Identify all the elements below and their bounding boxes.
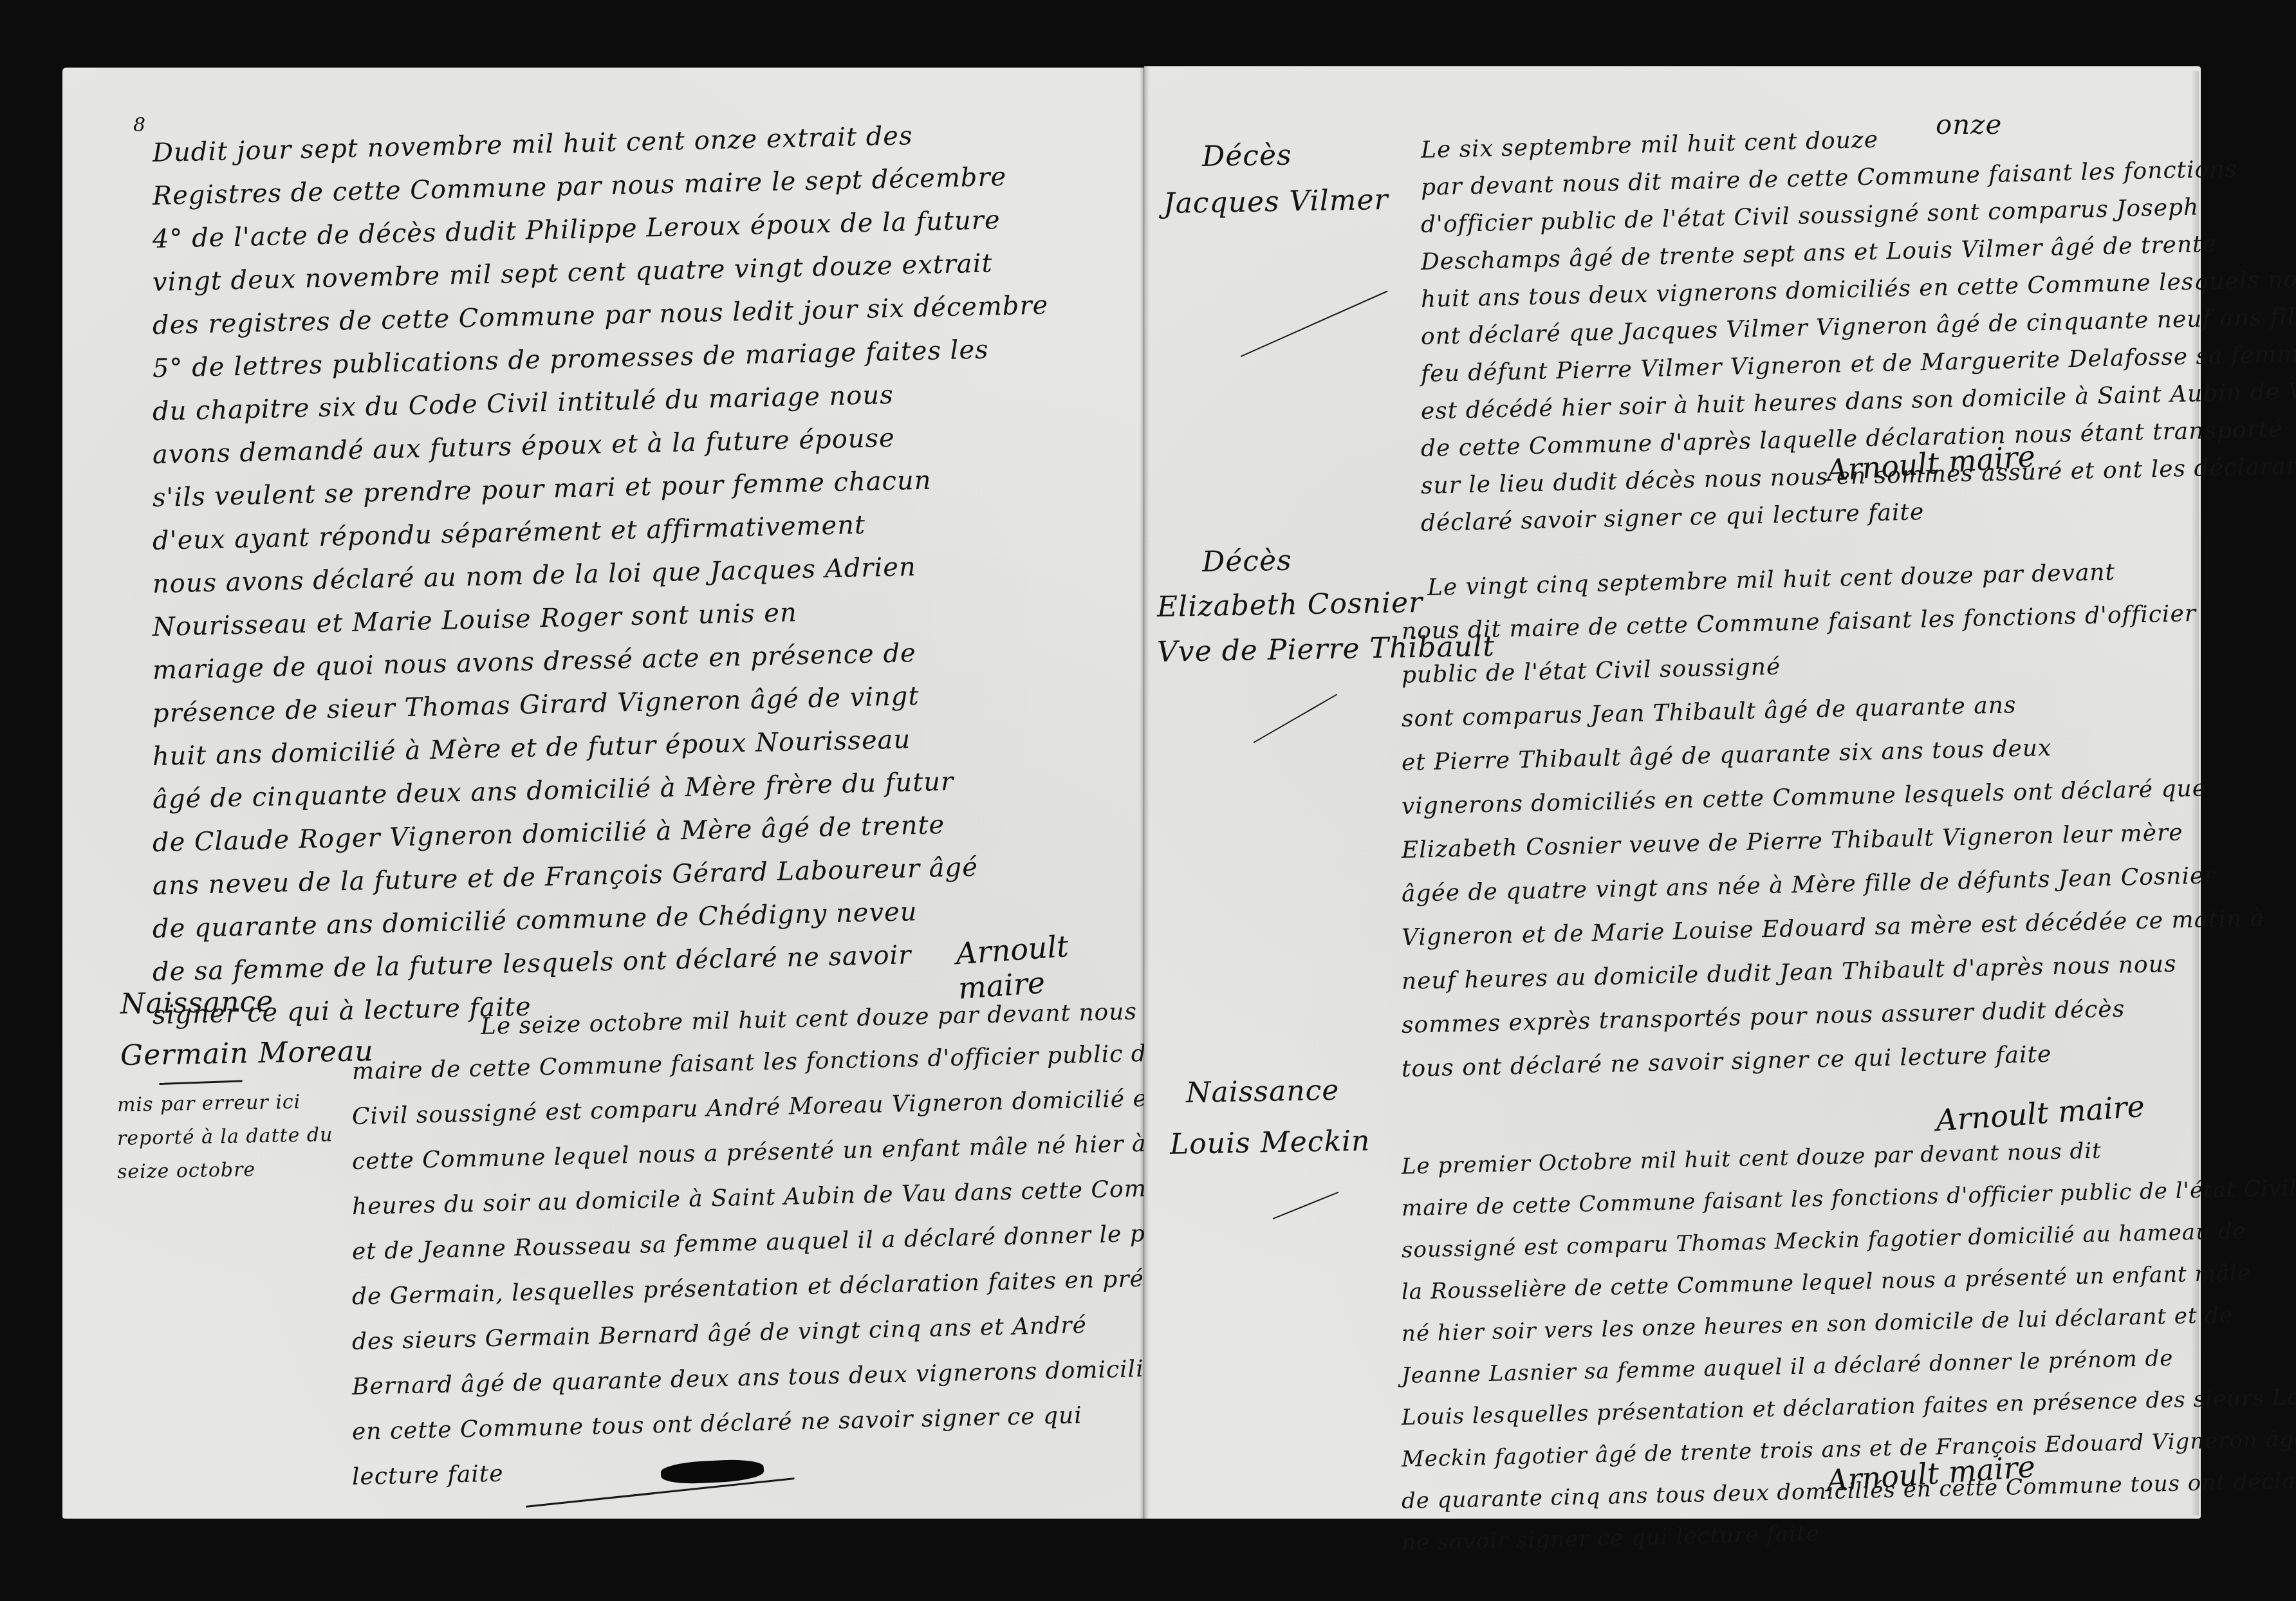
margin-note-title: Naissance [120, 985, 274, 1021]
handwritten-line: Bernard âgé de quarante deux ans tous de… [352, 1355, 1171, 1400]
ink-blot [660, 1458, 764, 1485]
handwritten-line: de quarante ans domicilié commune de Ché… [152, 897, 917, 944]
margin-note-name: Louis Meckin [1170, 1125, 1371, 1161]
handwritten-line: vingt deux novembre mil sept cent quatre… [152, 248, 993, 297]
handwritten-line: seize octobre [117, 1158, 256, 1183]
handwritten-line: âgé de cinquante deux ans domicilié à Mè… [152, 767, 954, 815]
margin-note-title: Naissance [1186, 1074, 1340, 1109]
handwritten-line: la Rousselière de cette Commune lequel n… [1402, 1260, 2252, 1305]
margin-stroke [1273, 1192, 1339, 1219]
handwritten-line: Le vingt cinq septembre mil huit cent do… [1427, 559, 2116, 601]
handwritten-line: cette Commune lequel nous a présenté un … [352, 1129, 1207, 1175]
underline-stroke [159, 1080, 243, 1085]
handwritten-line: Nourisseau et Marie Louise Roger sont un… [152, 598, 797, 642]
handwritten-line: ont déclaré que Jacques Vilmer Vigneron … [1421, 302, 2296, 350]
folio-mark: 8 [133, 114, 146, 136]
left-page: 8 Dudit jour sept novembre mil huit cent… [62, 68, 1144, 1519]
handwritten-line: tous ont déclaré ne savoir signer ce qui… [1402, 1041, 2052, 1082]
handwritten-line: et de Jeanne Rousseau sa femme auquel il… [352, 1219, 1225, 1265]
handwritten-line: présence de sieur Thomas Girard Vigneron… [152, 681, 920, 728]
handwritten-line: ne savoir signer ce qui lecture faite [1402, 1521, 1820, 1556]
handwritten-line: Louis lesquelles présentation et déclara… [1402, 1384, 2296, 1430]
handwritten-line: neuf heures au domicile dudit Jean Thiba… [1402, 951, 2177, 995]
margin-stroke [1241, 290, 1388, 357]
handwritten-line: des sieurs Germain Bernard âgé de vingt … [352, 1312, 1088, 1355]
handwritten-line: d'eux ayant répondu séparément et affirm… [152, 510, 866, 556]
handwritten-line: nous avons déclaré au nom de la loi que … [152, 552, 916, 599]
handwritten-line: maire de cette Commune faisant les fonct… [352, 1039, 1234, 1085]
closing-flourish [526, 1477, 795, 1508]
margin-note-title: Décès [1202, 544, 1292, 578]
handwritten-line: du chapitre six du Code Civil intitulé d… [152, 380, 894, 427]
margin-stroke [1254, 694, 1338, 743]
handwritten-line: Le premier Octobre mil huit cent douze p… [1402, 1138, 2102, 1180]
handwritten-line: Elizabeth Cosnier veuve de Pierre Thibau… [1402, 819, 2183, 864]
handwritten-line: 4° de l'acte de décès dudit Philippe Ler… [152, 205, 1001, 254]
margin-note-name: Jacques Vilmer [1163, 183, 1389, 220]
handwritten-line: reporté à la datte du [117, 1124, 333, 1150]
handwritten-line: de Germain, lesquelles présentation et d… [352, 1264, 1215, 1310]
handwritten-line: Deschamps âgé de trente sept ans et Loui… [1421, 231, 2217, 275]
handwritten-line: Dudit jour sept novembre mil huit cent o… [152, 121, 913, 168]
handwritten-line: Le six septembre mil huit cent douze [1421, 127, 1879, 163]
handwritten-line: sont comparus Jean Thibault âgé de quara… [1402, 692, 2017, 732]
handwritten-line: en cette Commune tous ont déclaré ne sav… [352, 1402, 1083, 1445]
handwritten-line: et Pierre Thibault âgé de quarante six a… [1402, 735, 2052, 776]
margin-note-title: Décès [1202, 139, 1292, 173]
handwritten-line: sommes exprès transportés pour nous assu… [1402, 995, 2125, 1038]
handwritten-line: nous dit maire de cette Commune faisant … [1402, 600, 2197, 645]
handwritten-line: soussigné est comparu Thomas Meckin fago… [1402, 1218, 2247, 1263]
handwritten-line: maire de cette Commune faisant les fonct… [1402, 1175, 2296, 1221]
handwritten-line: mariage de quoi nous avons dressé acte e… [152, 638, 916, 685]
handwritten-line: âgée de quatre vingt ans née à Mère fill… [1402, 862, 2216, 907]
handwritten-line: Vigneron et de Marie Louise Edouard sa m… [1402, 905, 2265, 951]
signature-paraph: Arnoult maire [1935, 1089, 2146, 1138]
handwritten-line: Le seize octobre mil huit cent douze par… [481, 997, 1179, 1040]
book-gutter [1139, 66, 1149, 1519]
handwritten-line: de sa femme de la future lesquels ont dé… [152, 940, 911, 987]
handwritten-line: 5° de lettres publications de promesses … [152, 335, 989, 384]
handwritten-line: des registres de cette Commune par nous … [152, 290, 1048, 340]
handwritten-line: ans neveu de la future et de François Gé… [152, 853, 978, 901]
handwritten-line: par devant nous dit maire de cette Commu… [1421, 156, 2238, 201]
handwritten-line: Registres de cette Commune par nous mair… [152, 162, 1006, 211]
handwritten-line: mis par erreur ici [117, 1091, 301, 1116]
handwritten-line: s'ils veulent se prendre pour mari et po… [152, 466, 931, 513]
handwritten-line: d'officier public de l'état Civil soussi… [1421, 194, 2199, 238]
page-marker: onze [1936, 109, 2002, 140]
handwritten-line: huit ans domicilié à Mère et de futur ép… [152, 725, 911, 772]
handwritten-line: feu défunt Pierre Vilmer Vigneron et de … [1421, 341, 2296, 387]
handwritten-line: de Claude Roger Vigneron domicilié à Mèr… [152, 810, 945, 858]
handwritten-line: lecture faite [352, 1461, 505, 1490]
register-spread: 8 Dudit jour sept novembre mil huit cent… [0, 0, 2296, 1601]
handwritten-line: avons demandé aux futurs époux et à la f… [152, 423, 895, 470]
handwritten-line: déclaré savoir signer ce qui lecture fai… [1421, 499, 1925, 537]
margin-note-name: Elizabeth Cosnier [1157, 586, 1423, 624]
handwritten-line: huit ans tous deux vignerons domiciliés … [1421, 266, 2296, 313]
signature-paraph: Arnoult maire [955, 923, 1147, 1006]
handwritten-line: est décédé hier soir à huit heures dans … [1421, 378, 2296, 425]
handwritten-line: Jeanne Lasnier sa femme auquel il a décl… [1402, 1346, 2174, 1389]
handwritten-line: né hier soir vers les onze heures en son… [1402, 1302, 2234, 1347]
right-page: onze Décès Jacques Vilmer Le six septemb… [1144, 66, 2201, 1519]
handwritten-line: Civil soussigné est comparu André Moreau… [352, 1085, 1163, 1130]
margin-note-name: Germain Moreau [120, 1035, 375, 1072]
handwritten-line: vignerons domiciliés en cette Commune le… [1402, 775, 2207, 820]
page-edge [2191, 71, 2199, 1515]
